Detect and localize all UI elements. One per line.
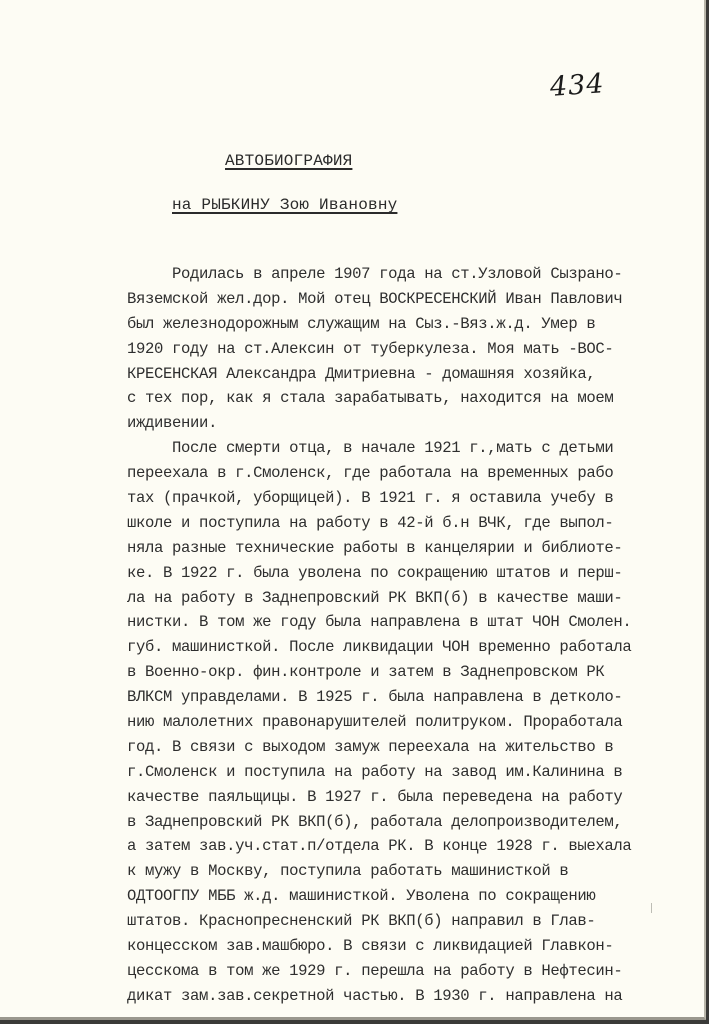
paragraph: После смерти отца, в начале 1921 г.,мать… bbox=[127, 436, 687, 1008]
text-line: к мужу в Москву, поступила работать маши… bbox=[127, 859, 687, 884]
text-line: нию малолетних правонарушителей политрук… bbox=[127, 710, 687, 735]
text-line: КРЕСЕНСКАЯ Александра Дмитриевна - домаш… bbox=[127, 362, 687, 387]
text-line: тах (прачкой, уборщицей). В 1921 г. я ос… bbox=[127, 486, 687, 511]
text-line: г.Смоленск и поступила на работу на заво… bbox=[127, 760, 687, 785]
text-line: Вяземской жел.дор. Мой отец ВОСКРЕСЕНСКИ… bbox=[127, 287, 687, 312]
text-line: качестве паяльщицы. В 1927 г. была перев… bbox=[127, 785, 687, 810]
text-line: дикат зам.зав.секретной частью. В 1930 г… bbox=[127, 984, 687, 1009]
archive-page-number: 434 bbox=[549, 68, 606, 103]
text-line: иждивении. bbox=[127, 411, 687, 436]
text-line: цесскома в том же 1929 г. перешла на раб… bbox=[127, 959, 687, 984]
text-line: После смерти отца, в начале 1921 г.,мать… bbox=[127, 436, 687, 461]
text-line: ОДТООГПУ МББ ж.д. машинисткой. Уволена п… bbox=[127, 884, 687, 909]
text-line: с тех пор, как я стала зарабатывать, нах… bbox=[127, 386, 687, 411]
text-line: Родилась в апреле 1907 года на ст.Узлово… bbox=[127, 262, 687, 287]
text-line: ке. В 1922 г. была уволена по сокращению… bbox=[127, 561, 687, 586]
text-line: а затем зав.уч.стат.п/отдела РК. В конце… bbox=[127, 834, 687, 859]
document-title: АВТОБИОГРАФИЯ bbox=[225, 152, 352, 170]
text-line: в Военно-окр. фин.контроле и затем в Зад… bbox=[127, 660, 687, 685]
text-line: школе и поступила на работу в 42-й б.н В… bbox=[127, 511, 687, 536]
text-line: ВЛКСМ управделами. В 1925 г. была направ… bbox=[127, 685, 687, 710]
text-line: был железнодорожным служащим на Сыз.-Вяз… bbox=[127, 312, 687, 337]
text-line: ла на работу в Заднепровский РК ВКП(б) в… bbox=[127, 586, 687, 611]
paragraph: Родилась в апреле 1907 года на ст.Узлово… bbox=[127, 262, 687, 436]
text-line: 1920 году на ст.Алексин от туберкулеза. … bbox=[127, 337, 687, 362]
text-line: переехала в г.Смоленск, где работала на … bbox=[127, 461, 687, 486]
document-subtitle: на РЫБКИНУ Зою Ивановну bbox=[172, 196, 397, 214]
text-line: в Заднепровский РК ВКП(б), работала дело… bbox=[127, 810, 687, 835]
text-line: нистки. В том же году была направлена в … bbox=[127, 610, 687, 635]
text-line: штатов. Краснопресненский РК ВКП(б) напр… bbox=[127, 909, 687, 934]
text-line: год. В связи с выходом замуж переехала н… bbox=[127, 735, 687, 760]
document-page: 434 АВТОБИОГРАФИЯ на РЫБКИНУ Зою Ивановн… bbox=[0, 0, 706, 1020]
scan-artifact-mark bbox=[651, 903, 652, 913]
text-line: концесском зав.машбюро. В связи с ликвид… bbox=[127, 934, 687, 959]
text-line: няла разные технические работы в канцеля… bbox=[127, 536, 687, 561]
text-line: губ. машинисткой. После ликвидации ЧОН в… bbox=[127, 635, 687, 660]
document-body: Родилась в апреле 1907 года на ст.Узлово… bbox=[127, 262, 687, 1009]
